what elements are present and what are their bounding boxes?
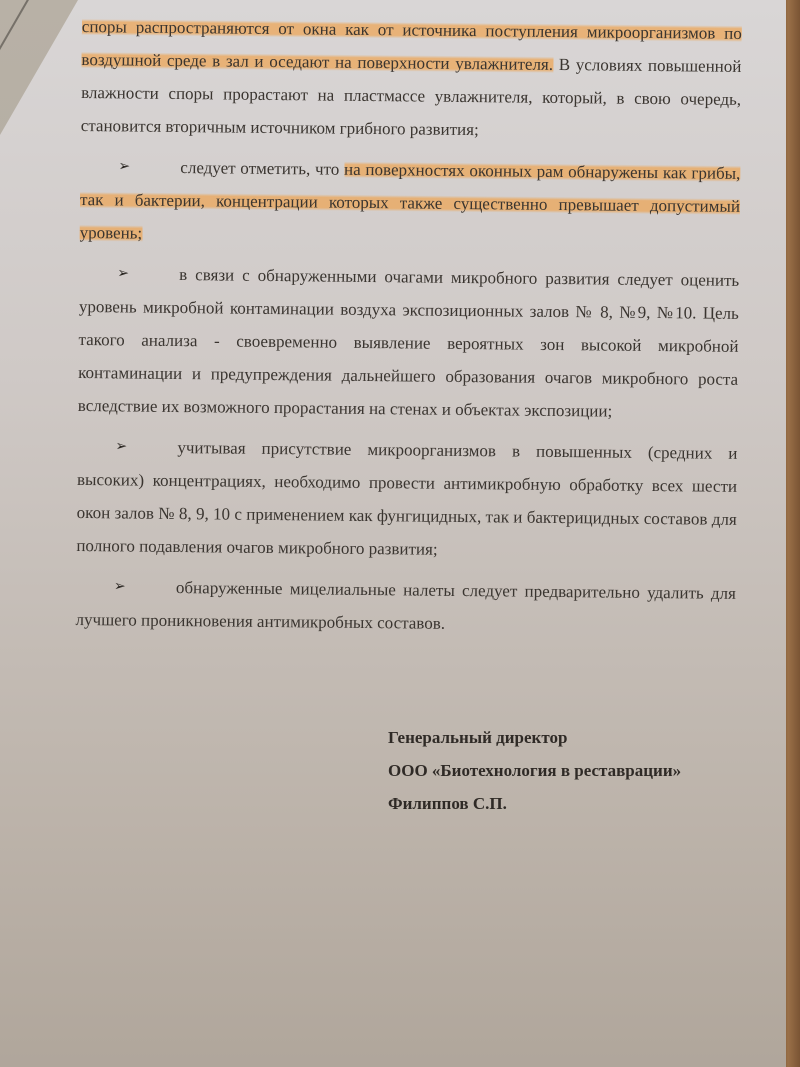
signer-company: ООО «Биотехнология в реставрации» [388, 754, 681, 787]
bullet-item: ➢в связи с обнаруженными очагами микробн… [78, 257, 740, 429]
paragraph-text: обнаруженные мицелиальные налеты следует… [76, 578, 737, 633]
arrow-bullet-icon: ➢ [114, 570, 126, 603]
arrow-bullet-icon: ➢ [118, 150, 130, 183]
document-body: споры распространяются от окна как от ис… [75, 10, 742, 651]
bullet-item: ➢обнаруженные мицелиальные налеты следуе… [75, 570, 736, 643]
arrow-bullet-icon: ➢ [115, 430, 127, 463]
bullet-item: ➢учитывая присутствие микроорганизмов в … [76, 430, 737, 569]
paragraph-text: учитывая присутствие микроорганизмов в п… [76, 438, 737, 559]
highlighted-text: на поверхностях оконных рам обнаружены к… [80, 160, 741, 243]
bullet-item: ➢следует отметить, что на поверхностях о… [79, 150, 740, 256]
paragraph-continuation: споры распространяются от окна как от ис… [81, 10, 742, 149]
signer-name: Филиппов С.П. [388, 787, 681, 820]
paragraph-text: следует отметить, что [180, 158, 344, 179]
arrow-bullet-icon: ➢ [117, 257, 129, 290]
paragraph-text: в связи с обнаруженными очагами микробно… [78, 265, 740, 421]
signature-block: Генеральный директор ООО «Биотехнология … [388, 721, 681, 820]
signer-position: Генеральный директор [388, 721, 681, 754]
